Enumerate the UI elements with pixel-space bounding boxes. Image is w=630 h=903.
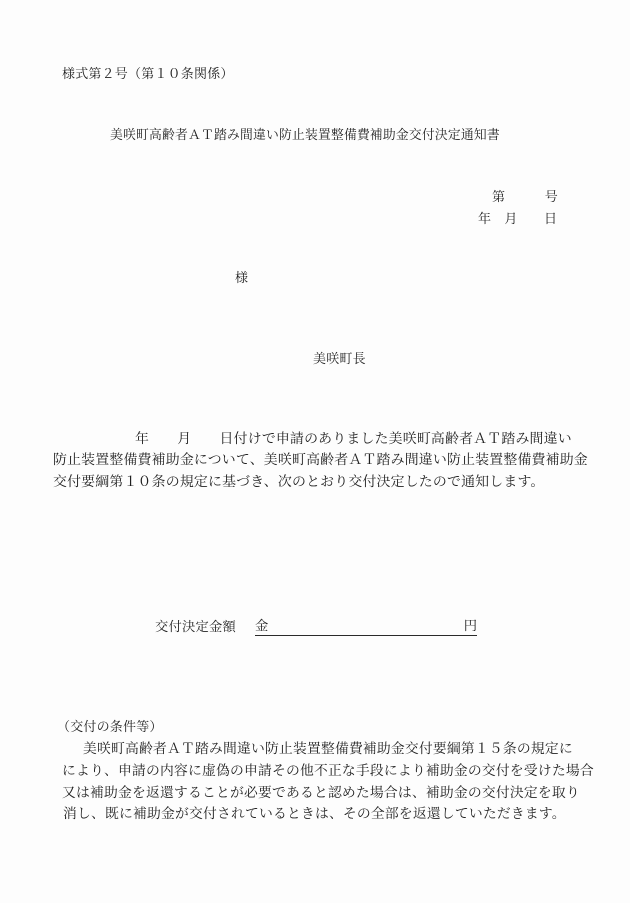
sender-title: 美咲町長 bbox=[313, 352, 366, 365]
grant-amount-label: 交付決定金額 bbox=[155, 620, 236, 633]
grant-amount-blank-field: 金 円 bbox=[255, 619, 477, 636]
document-date-blank: 年 月 日 bbox=[478, 212, 557, 225]
conditions-line-2: により、申請の内容に虚偽の申請その他不正な手段により補助金の交付を受けた場合 bbox=[62, 764, 594, 778]
body-paragraph-line-1: 年 月 日付けで申請のありました美咲町高齢者ＡＴ踏み間違い bbox=[135, 433, 572, 447]
conditions-line-3: 又は補助金を返還することが必要であると認めた場合は、補助金の交付決定を取り bbox=[62, 786, 580, 800]
addressee-honorific: 様 bbox=[235, 271, 248, 284]
conditions-line-1: 美咲町高齢者ＡＴ踏み間違い防止装置整備費補助金交付要綱第１５条の規定に bbox=[83, 742, 573, 756]
form-number: 様式第２号（第１０条関係） bbox=[62, 67, 234, 80]
document-page: 様式第２号（第１０条関係） 美咲町高齢者ＡＴ踏み間違い防止装置整備費補助金交付決… bbox=[0, 0, 630, 903]
body-paragraph-line-3: 交付要綱第１０条の規定に基づき、次のとおり交付決定したので通知します。 bbox=[53, 476, 545, 490]
body-paragraph-line-2: 防止装置整備費補助金について、美咲町高齢者ＡＴ踏み間違い防止装置整備費補助金 bbox=[53, 454, 588, 468]
conditions-heading: （交付の条件等） bbox=[57, 720, 163, 733]
document-number-blank: 第 号 bbox=[492, 190, 558, 203]
document-title: 美咲町高齢者ＡＴ踏み間違い防止装置整備費補助金交付決定通知書 bbox=[110, 129, 500, 142]
amount-suffix-en-kanji: 円 bbox=[464, 619, 477, 632]
amount-prefix-yen-kanji: 金 bbox=[255, 619, 268, 632]
conditions-line-4: 消し、既に補助金が交付されているときは、その全部を返還していただきます。 bbox=[63, 807, 566, 821]
